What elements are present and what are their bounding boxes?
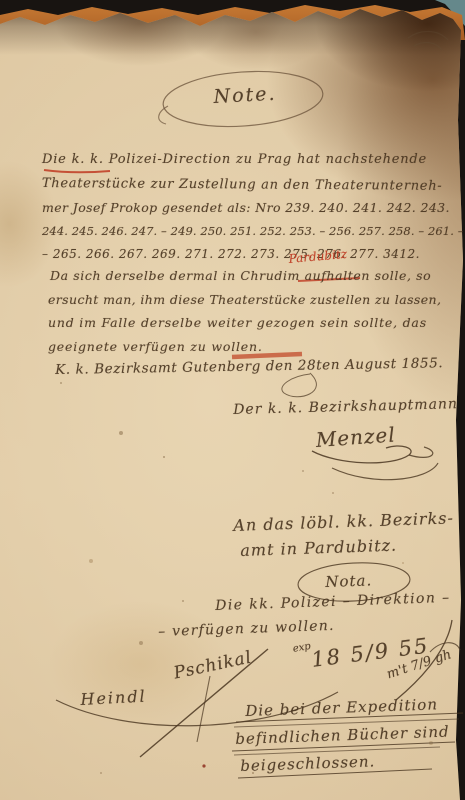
nota-label: Nota. [325,571,373,591]
body-line: Die k. k. Polizei-Direction zu Prag hat … [42,152,427,167]
numbers-line: 244. 245. 246. 247. – 249. 250. 251. 252… [42,224,464,238]
body-line: Da sich derselbe dermal in Chrudim aufha… [50,268,431,283]
body-line: geeignete verfügen zu wollen. [48,339,263,354]
body-line: Theaterstücke zur Zustellung an den Thea… [42,176,443,194]
body-line: und im Falle derselbe weiter gezogen sei… [48,315,427,330]
body-line: mer Josef Prokop gesendet als: Nro 239. … [42,200,450,215]
document-photo: Note. Die k. k. Polizei-Direction zu Pra… [0,0,465,800]
numbers-line: – 265. 266. 267. 269. 271. 272. 273. 275… [42,247,420,261]
clerk-signature-left: Heindl [80,687,147,709]
page-title: Note. [213,83,277,108]
paper-speckles [0,0,2,2]
body-line: ersucht man, ihm diese Theaterstücke zus… [48,292,441,307]
